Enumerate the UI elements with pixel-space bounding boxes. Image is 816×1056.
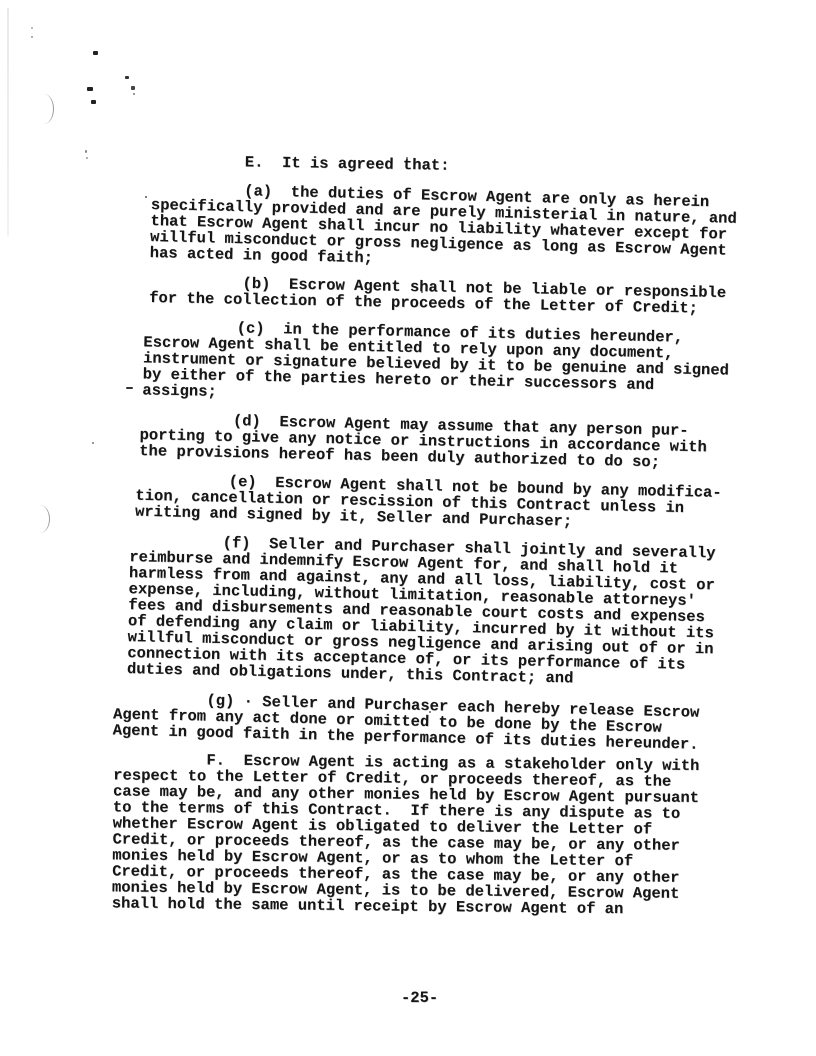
clause-f-section: F. Escrow Agent is acting as a stakehold… <box>112 751 761 918</box>
scan-speck <box>85 150 87 153</box>
scan-speck <box>86 157 88 159</box>
scan-speck <box>145 196 147 198</box>
page-number: -25- <box>401 989 438 1007</box>
scan-speck <box>93 51 98 55</box>
scan-speck <box>125 76 129 79</box>
clause-e-sub-c: (c) in the performance of its duties her… <box>142 318 769 411</box>
scan-arc-mark <box>40 505 50 533</box>
clause-e-sub-f: (f) Seller and Purchaser shall jointly a… <box>127 533 765 690</box>
clause-e-sub-b: (b) Escrow Agent shall not be liable or … <box>149 274 770 318</box>
scan-speck <box>133 93 135 95</box>
scan-dash-mark <box>126 387 133 389</box>
contract-text-block: E. It is agreed that: (a) the duties of … <box>137 152 772 937</box>
scan-speck <box>31 36 33 38</box>
scan-speck <box>92 442 94 444</box>
scan-speck <box>87 87 93 91</box>
clause-e-heading: E. It is agreed that: <box>152 153 772 179</box>
clause-e-sub-e: (e) Escrow Agent shall not be bound by a… <box>135 472 766 534</box>
clause-e-sub-g: (g) · Seller and Purchaser each hereby r… <box>112 690 761 754</box>
scan-arc-mark <box>44 94 54 124</box>
scan-speck <box>131 86 135 90</box>
scan-speck <box>91 100 96 104</box>
clause-e-sub-d: (d) Escrow Agent may assume that any per… <box>139 411 767 473</box>
document-page: E. It is agreed that: (a) the duties of … <box>0 0 816 1056</box>
scan-speck <box>31 27 33 29</box>
clause-e-sub-a: (a) the duties of Escrow Agent are only … <box>150 181 772 276</box>
scan-edge-line <box>7 8 9 236</box>
